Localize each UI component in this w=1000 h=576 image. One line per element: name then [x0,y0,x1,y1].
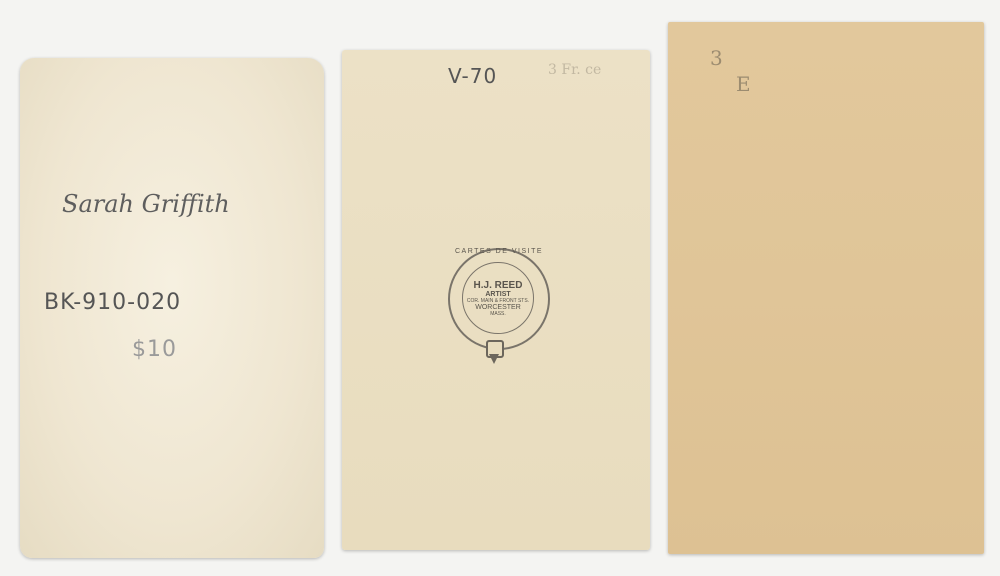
inscription-mark-top: 3 [710,46,723,70]
photographer-stamp: CARTES DE VISITE H.J. REED ARTIST COR. M… [448,248,550,350]
stamp-title: ARTIST [485,291,510,298]
card-right [668,22,984,554]
stamp-tip-icon [489,354,499,364]
inscription-catalog-number: BK-910-020 [44,290,181,315]
stamp-center: H.J. REED ARTIST COR. MAIN & FRONT STS. … [462,262,534,334]
inscription-catalog-number-2: V-70 [448,64,497,88]
stamp-ring-text: CARTES DE VISITE [450,248,548,255]
stamp-city: WORCESTER [475,304,521,311]
stamp-name: H.J. REED [474,280,523,291]
inscription-name: Sarah Griffith [62,190,230,218]
inscription-mark-bottom: E [736,72,751,96]
inscription-price: $10 [132,337,177,362]
stamp-state: MASS. [490,311,506,317]
inscription-faint: 3 Fr. ce [548,62,601,78]
